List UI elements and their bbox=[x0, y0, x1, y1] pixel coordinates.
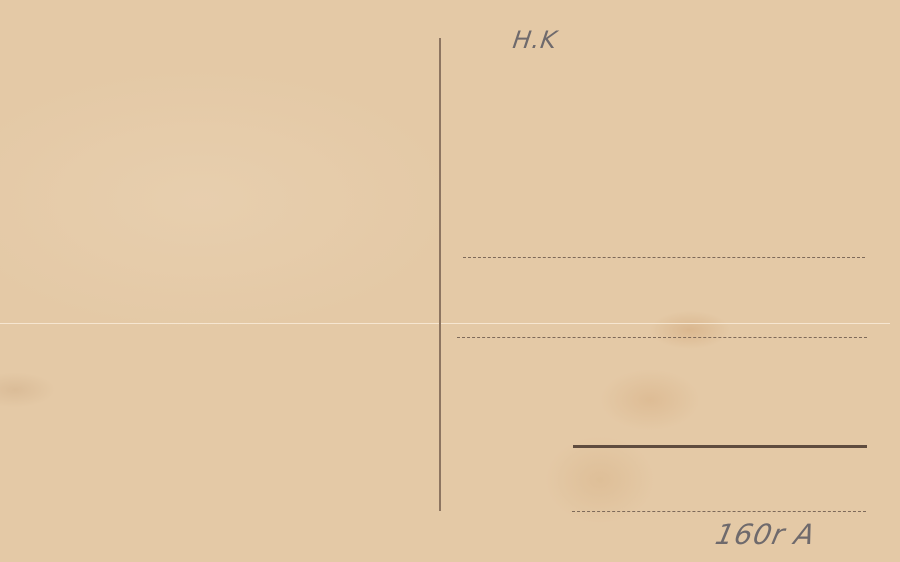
handwritten-note-bottom: 160r A bbox=[712, 518, 818, 551]
address-line-2 bbox=[457, 337, 867, 338]
handwritten-note-top: H.K bbox=[511, 26, 559, 54]
address-line-3 bbox=[573, 445, 867, 448]
address-line-1 bbox=[463, 257, 865, 258]
address-line-4 bbox=[572, 511, 866, 512]
fold-crease bbox=[0, 323, 890, 324]
postcard-back: H.K 160r A bbox=[0, 0, 900, 562]
center-divider-line bbox=[439, 38, 441, 511]
